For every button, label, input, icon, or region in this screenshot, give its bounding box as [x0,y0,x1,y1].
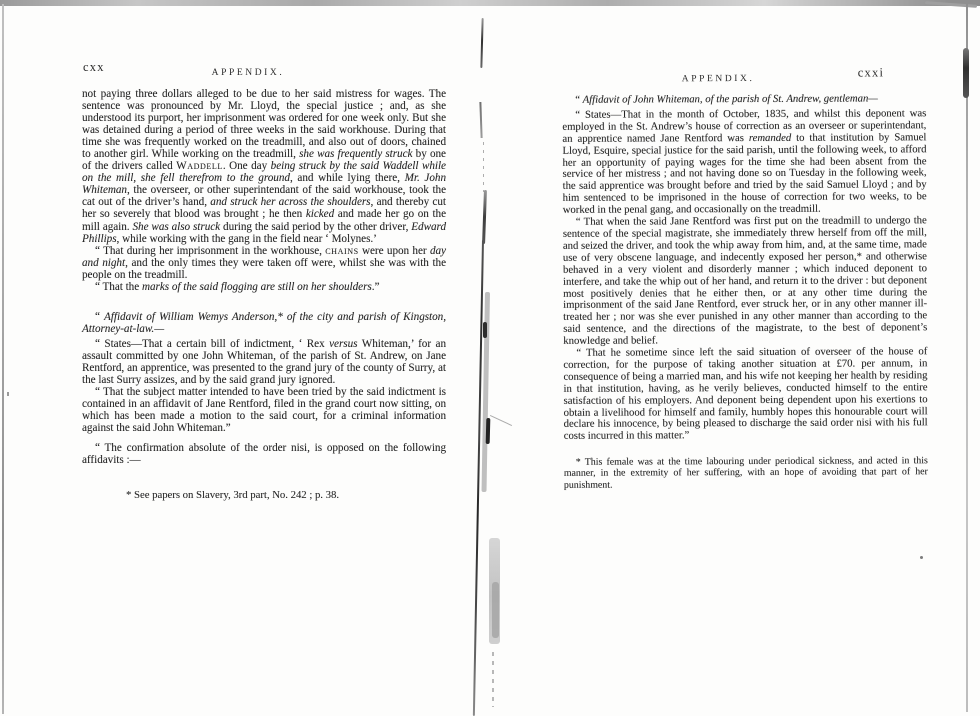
smallcaps-text-run: Waddell [176,160,223,172]
binding-crease-upper [479,102,482,138]
italic-text-run: marks of the said flogging are still on … [142,281,372,293]
text-run: during the said period by the other driv… [220,221,411,233]
right-page-number: cxxi [858,65,884,80]
text-run: “ That the [95,281,142,293]
paragraph: “ That during her imprisonment in the wo… [82,245,446,281]
text-run: “ States—That a certain bill of indictme… [95,338,329,350]
italic-text-run: She was also struck [133,221,221,233]
right-page: APPENDIX. cxxi “ Affidavit of John White… [562,67,928,490]
scan-edge-right-blob [963,48,969,98]
affidavit-heading: “ Affidavit of John Whiteman, of the par… [562,93,926,106]
left-page-header: cxx APPENDIX. [82,62,446,78]
text-run: to that institution by Samuel Lloyd, Esq… [562,131,926,216]
text-run: .” [372,281,380,293]
scan-speck [920,556,923,559]
text-run: “ That he sometime since left the said s… [563,345,927,442]
text-run: , while working with the gang in the fie… [117,233,377,245]
paragraph: “ That the subject matter intended to ha… [82,386,446,434]
binding-crease-main [473,240,484,716]
text-run: , and the only times they were taken off… [82,257,446,281]
scan-edge-right [966,4,968,712]
scan-edge-top-right [925,1,977,8]
affidavit-heading: “ Affidavit of William Wemys Anderson,* … [82,311,446,335]
paragraph: “ That the marks of the said flogging ar… [82,281,446,293]
left-page: cxx APPENDIX. not paying three dollars a… [82,62,446,501]
paragraph: “ That when the said Jane Rentford was f… [563,215,928,348]
binding-crease-dots-low [492,652,494,707]
scan-speck [7,392,9,396]
binding-crease-knot [486,418,491,444]
smallcaps-text-run: chains [325,245,358,257]
text-run: “ That during her imprisonment in the wo… [95,245,325,257]
binding-crease-dots [483,142,484,192]
right-page-body: “ Affidavit of John Whiteman, of the par… [562,93,928,443]
text-run: “ That when the said Jane Rentford was f… [563,214,927,347]
scanned-book-spread: cxx APPENDIX. not paying three dollars a… [0,0,980,716]
binding-crease-top [480,18,483,68]
left-page-body: not paying three dollars alleged to be d… [82,88,446,466]
left-running-header: APPENDIX. [212,68,285,78]
text-run: , and while lying there, [290,172,405,184]
paragraph: “ States—That in the month of October, 1… [562,108,926,217]
italic-text-run: she was frequently struck [299,148,412,160]
text-run: “ That the subject matter intended to ha… [82,386,446,434]
binding-shadow-band [482,292,490,492]
right-footnote: * This female was at the time labouring … [564,455,928,490]
italic-text-run: and struck her across the shoulders [210,196,370,208]
right-running-header: APPENDIX. [682,74,755,84]
italic-text-run: Affidavit of William Wemys Anderson,* of… [82,311,446,335]
italic-text-run: kicked [306,208,334,220]
text-run: “ [95,311,104,323]
scan-edge-left [2,4,4,714]
left-footnote: * See papers on Slavery, 3rd part, No. 2… [82,489,446,501]
text-run: . One day [223,160,271,172]
italic-text-run: versus [329,338,357,350]
binding-crease-mid [482,190,487,244]
binding-crease-knot [483,322,487,338]
right-page-header: APPENDIX. cxxi [562,67,926,85]
text-run: “ The confirmation absolute of the order… [82,442,446,466]
italic-text-run: remanded [749,132,791,144]
binding-smudge-core [492,582,499,638]
continuation: not paying three dollars alleged to be d… [82,88,446,245]
scan-edge-top [0,0,980,6]
text-run: were upon her [359,245,430,257]
spaced-paragraph: “ The confirmation absolute of the order… [82,442,446,466]
paragraph: “ States—That a certain bill of indictme… [82,338,446,386]
binding-scratch [490,415,512,426]
paragraph: “ That he sometime since left the said s… [563,346,927,443]
italic-text-run: Affidavit of John Whiteman, of the paris… [583,92,878,105]
left-page-number: cxx [83,60,105,75]
binding-smudge [489,538,500,644]
